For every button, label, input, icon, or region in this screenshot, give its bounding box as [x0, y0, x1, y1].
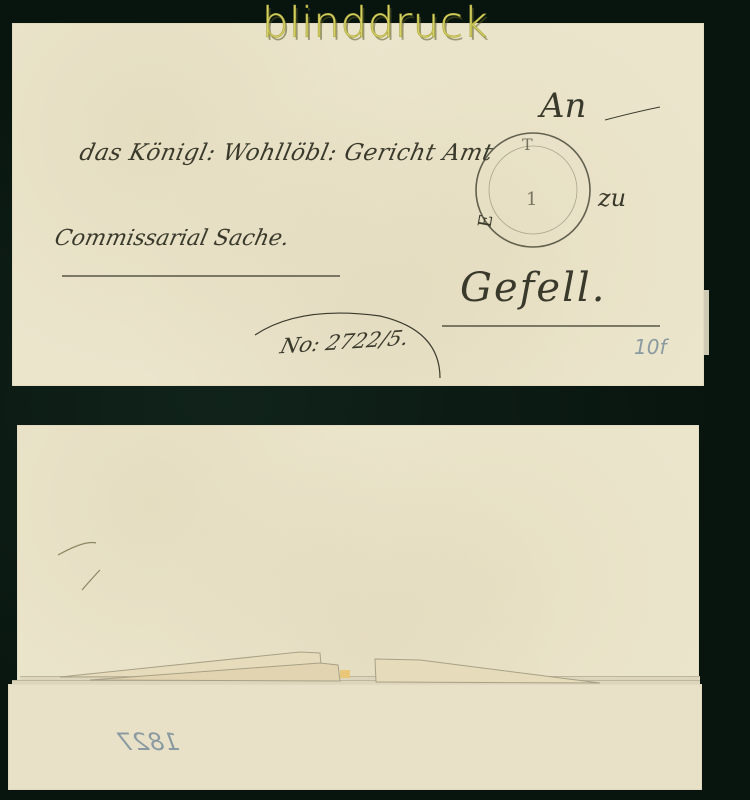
- addressee-line-1: das Königl: Wohllöbl: Gericht Amt: [77, 140, 495, 166]
- faint-mark: [58, 543, 96, 556]
- svg-text:E: E: [474, 213, 497, 230]
- preposition-text: zu: [598, 184, 626, 212]
- pencil-note-back: 1827: [116, 728, 182, 756]
- wax-seal-remnant: [340, 670, 350, 678]
- ink-marks: T 1 E: [0, 0, 750, 800]
- svg-text:T: T: [522, 135, 533, 154]
- salutation-text: An: [540, 86, 586, 126]
- svg-text:1: 1: [526, 189, 537, 210]
- watermark-text: blinddruck: [0, 0, 750, 46]
- flourish: [605, 107, 660, 120]
- faint-mark: [82, 570, 100, 590]
- addressee-line-2: Commissarial Sache.: [52, 226, 291, 251]
- destination-text: Gefell.: [460, 265, 606, 311]
- pencil-note-front: 10f: [634, 335, 667, 359]
- inner-flap-right: [375, 659, 600, 683]
